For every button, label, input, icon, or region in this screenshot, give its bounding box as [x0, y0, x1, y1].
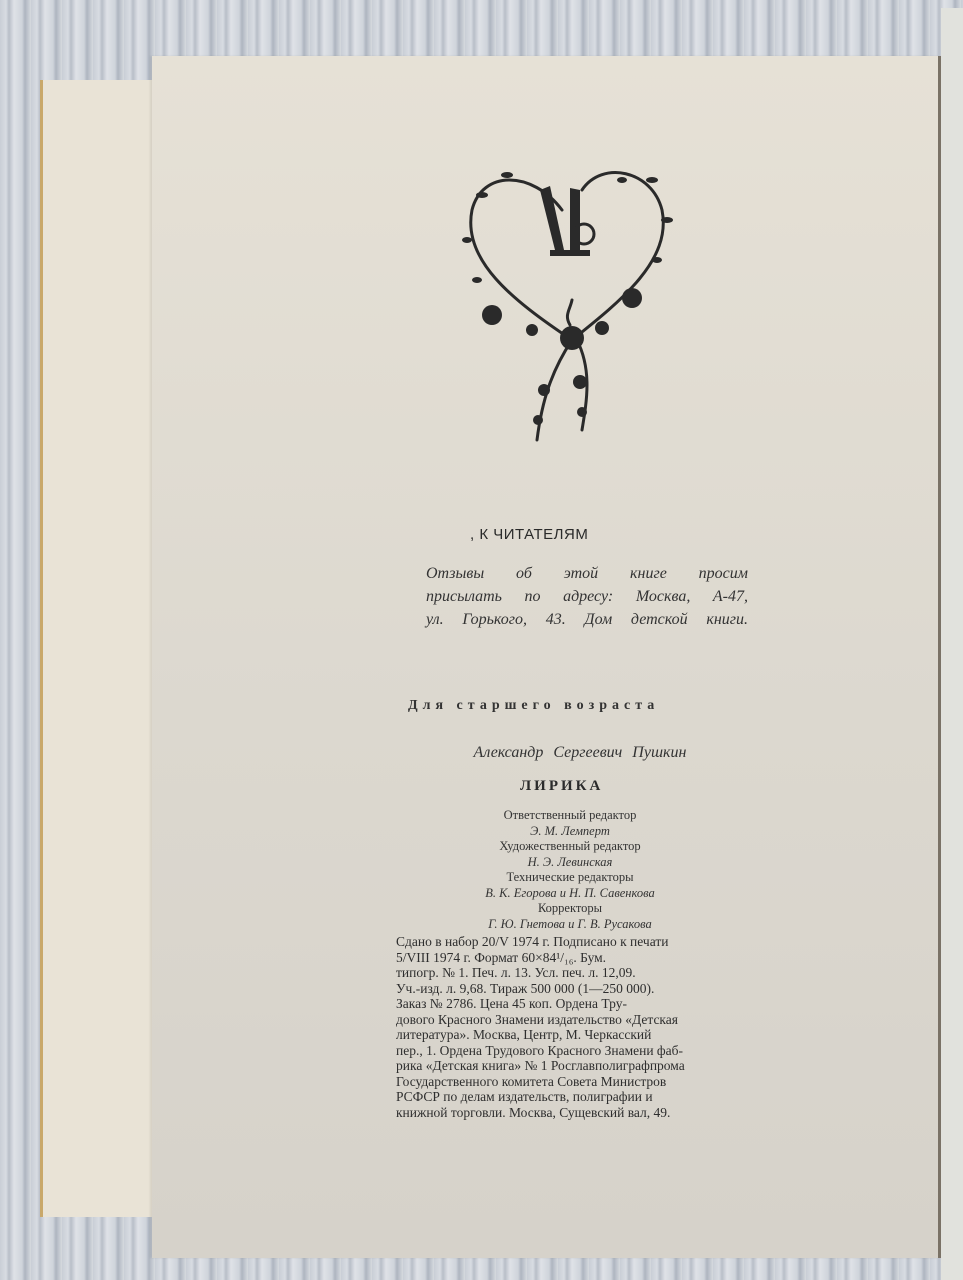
lyre-heart-wreath-icon: [452, 150, 692, 450]
credit-name: В. К. Егорова и Н. П. Савенкова: [420, 886, 720, 902]
author-name: Александр Сергеевич Пушкин: [430, 744, 730, 762]
imprint-block: Сдано в набор 20/V 1974 г. Подписано к п…: [396, 934, 738, 1120]
imprint-line: РСФСР по делам издательств, полиграфии и: [396, 1089, 738, 1105]
imprint-line: типогр. № 1. Печ. л. 13. Усл. печ. л. 12…: [396, 965, 738, 981]
credit-name: Г. Ю. Гнетова и Г. В. Русакова: [420, 917, 720, 933]
credit-role: Художественный редактор: [420, 839, 720, 855]
imprint-line: Сдано в набор 20/V 1974 г. Подписано к п…: [396, 934, 738, 950]
imprint-line: 5/VIII 1974 г. Формат 60×84¹/₁₆. Бум.: [396, 950, 738, 966]
credit-role: Ответственный редактор: [420, 808, 720, 824]
imprint-line: книжной торговли. Москва, Сущевский вал,…: [396, 1105, 738, 1121]
audience-label: Для старшего возраста: [408, 698, 734, 714]
to-readers-heading: , К ЧИТАТЕЛЯМ: [470, 526, 588, 543]
imprint-line: пер., 1. Ордена Трудового Красного Знаме…: [396, 1043, 738, 1059]
to-readers-line: ул. Горького, 43. Дом детской книги.: [426, 608, 748, 631]
next-page-edge: [941, 8, 963, 1280]
credit-role: Технические редакторы: [420, 870, 720, 886]
imprint-line: литература». Москва, Центр, М. Черкасски…: [396, 1027, 738, 1043]
book-title: ЛИРИКА: [520, 778, 603, 795]
imprint-line: дового Красного Знамени издательство «Де…: [396, 1012, 738, 1028]
credit-role: Корректоры: [420, 901, 720, 917]
credit-name: Э. М. Лемперт: [420, 824, 720, 840]
to-readers-text: Отзывы об этой книге просим присылать по…: [426, 562, 748, 631]
credit-name: Н. Э. Левинская: [420, 855, 720, 871]
to-readers-line: Отзывы об этой книге просим: [426, 562, 748, 585]
imprint-line: Государственного комитета Совета Министр…: [396, 1074, 738, 1090]
to-readers-line: присылать по адресу: Москва, А-47,: [426, 585, 748, 608]
credits: Ответственный редактор Э. М. Лемперт Худ…: [420, 808, 720, 932]
imprint-line: рика «Детская книга» № 1 Росглавполиграф…: [396, 1058, 738, 1074]
imprint-line: Заказ № 2786. Цена 45 коп. Ордена Тру-: [396, 996, 738, 1012]
imprint-line: Уч.-изд. л. 9,68. Тираж 500 000 (1—250 0…: [396, 981, 738, 997]
